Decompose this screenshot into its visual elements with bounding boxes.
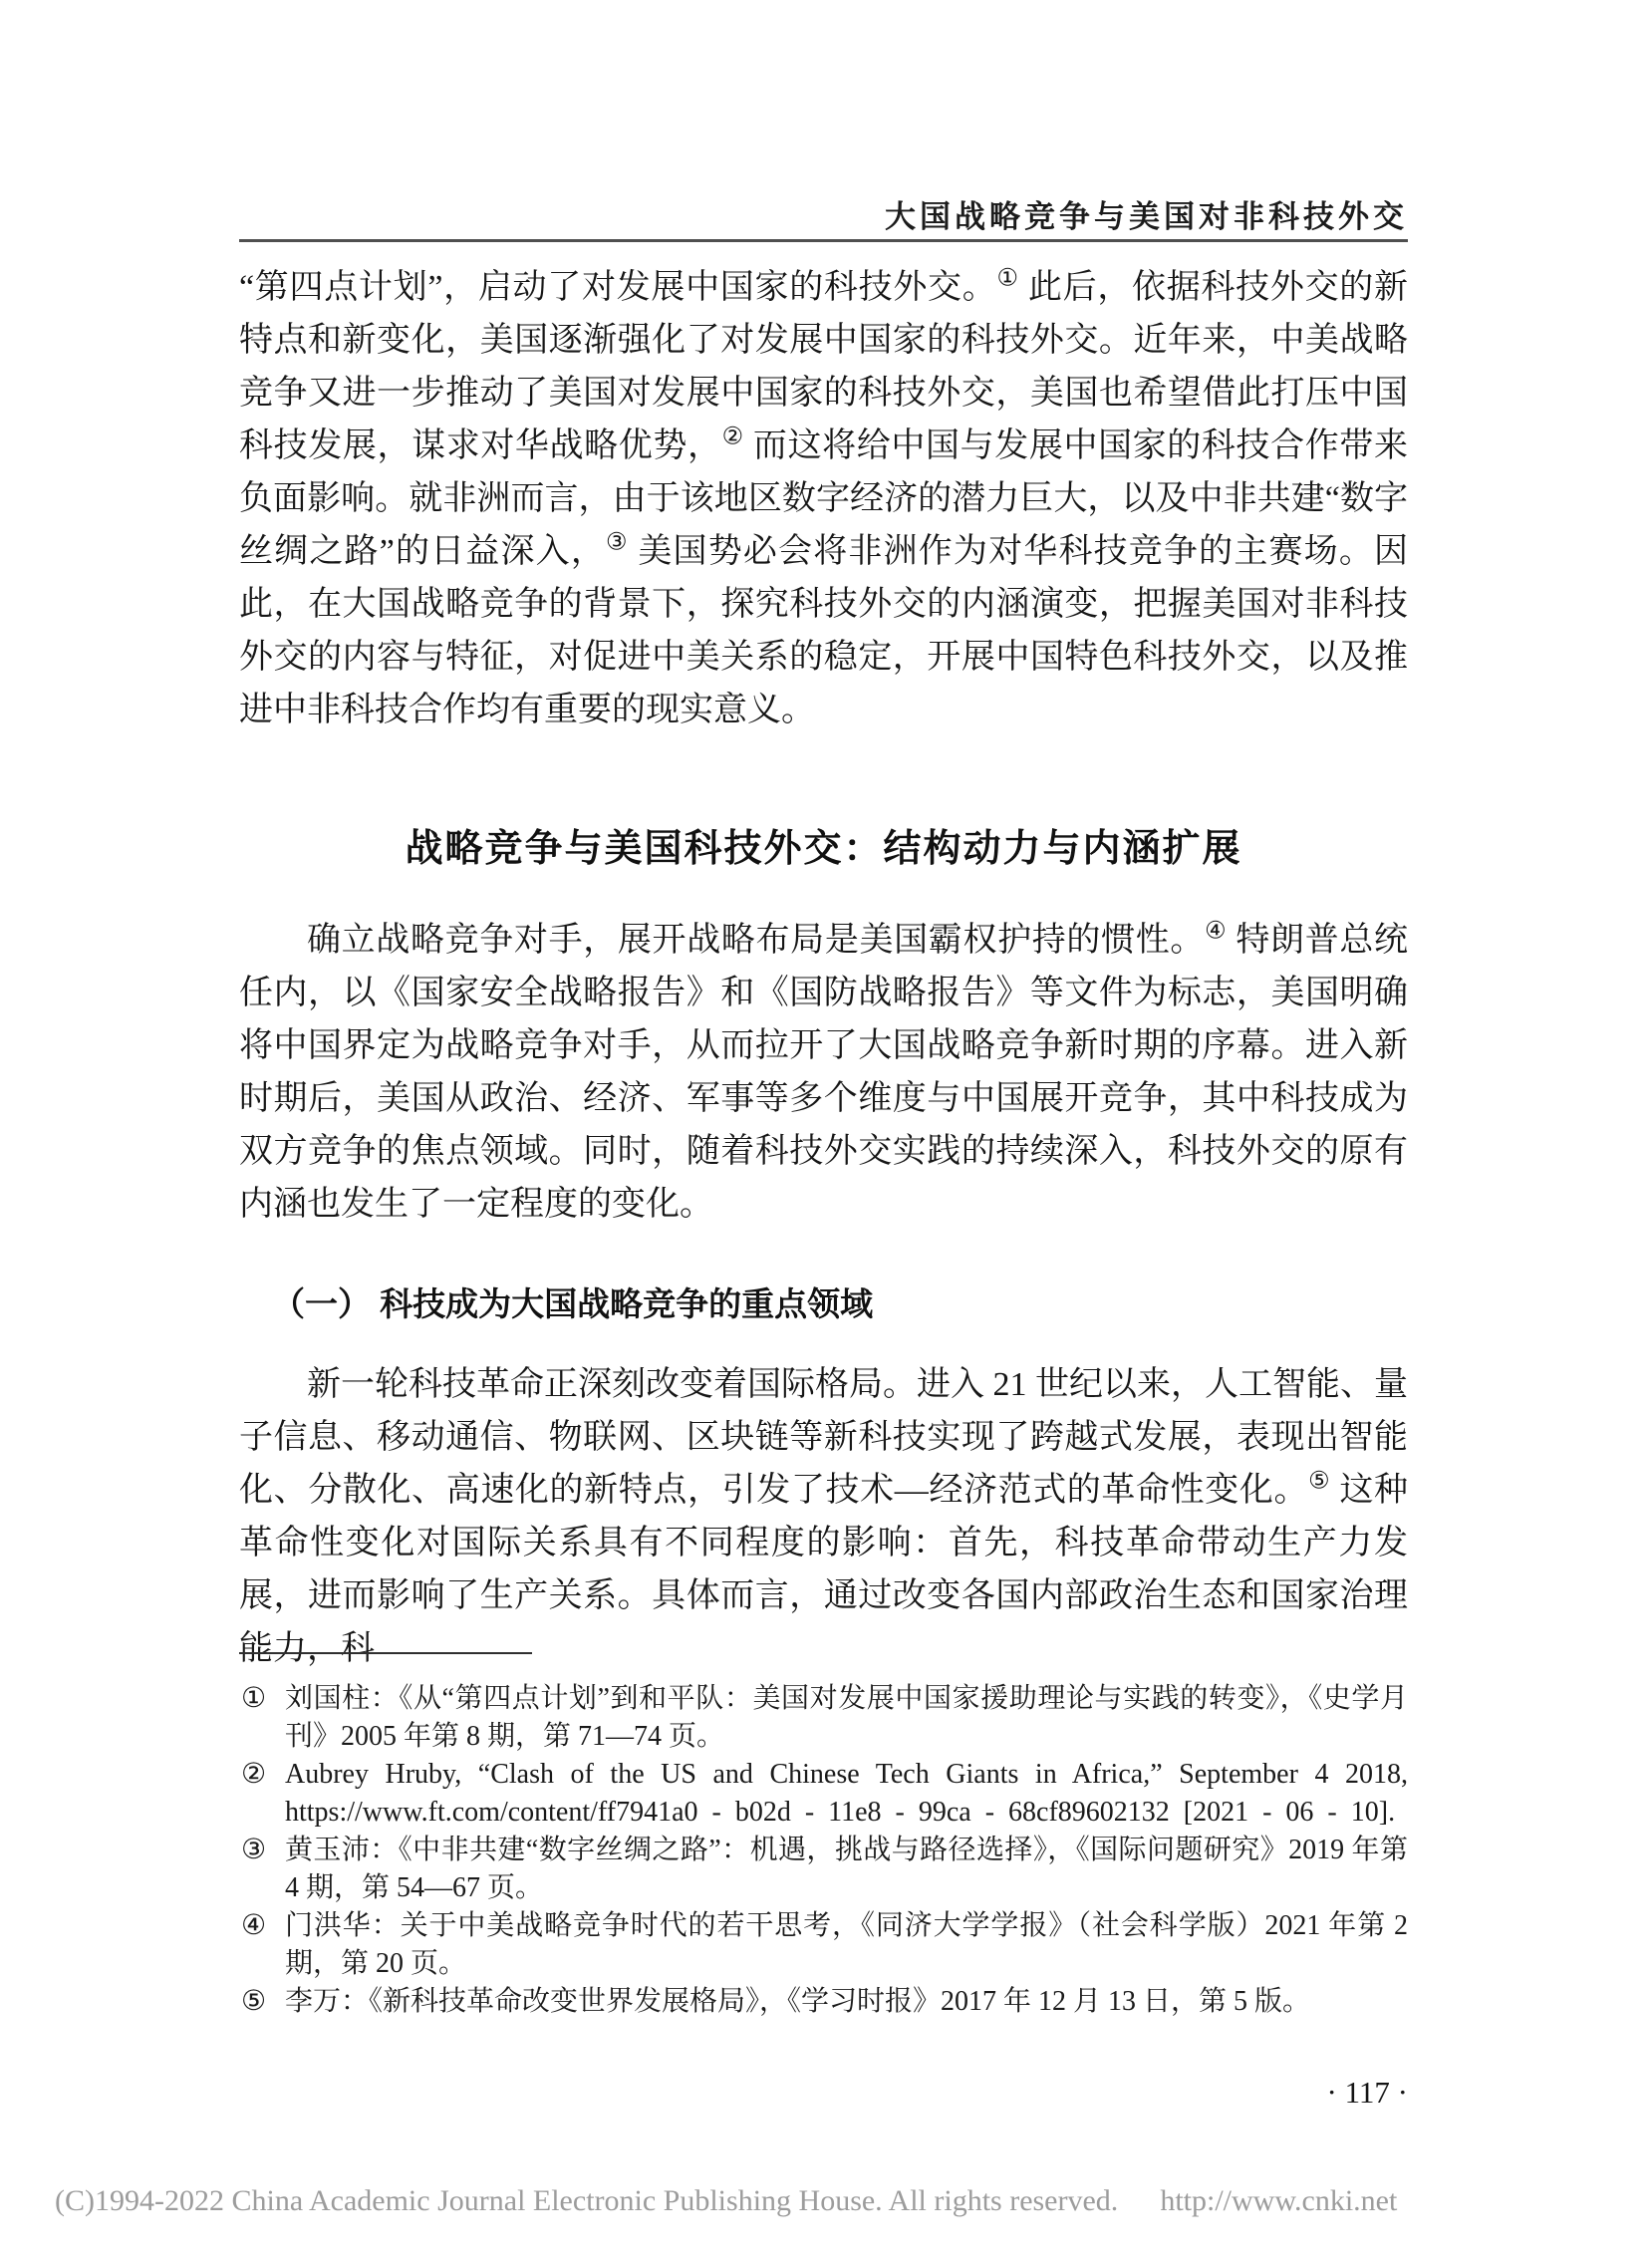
footnotes: ①刘国柱：《从“第四点计划”到和平队：美国对发展中国家援助理论与实践的转变》，《… — [239, 1680, 1408, 2021]
footnote-item: ②Aubrey Hruby, “Clash of the US and Chin… — [239, 1756, 1408, 1832]
footnote-marker: ④ — [241, 1907, 266, 1945]
footnote-text: 李万：《新科技革命改变世界发展格局》，《学习时报》2017 年 12 月 13 … — [285, 1986, 1310, 2017]
paragraph-3: 新一轮科技革命正深刻改变着国际格局。进入 21 世纪以来，人工智能、量子信息、移… — [239, 1358, 1408, 1675]
footer-url: http://www.cnki.net — [1160, 2184, 1397, 2217]
text-segment: 新一轮科技革命正深刻改变着国际格局。进入 21 世纪以来，人工智能、量子信息、移… — [239, 1366, 1408, 1509]
footnote-ref: ② — [722, 425, 744, 450]
footnote-ref: ① — [996, 266, 1018, 292]
footnote-separator-rule — [239, 1652, 532, 1654]
footnote-ref: ③ — [606, 530, 629, 556]
section-heading: 战略竞争与美国科技外交：结构动力与内涵扩展 — [239, 817, 1408, 872]
footnote-marker: ⑤ — [241, 1983, 266, 2021]
footnote-marker: ① — [241, 1680, 266, 1718]
footnote-item: ⑤李万：《新科技革命改变世界发展格局》，《学习时报》2017 年 12 月 13… — [239, 1983, 1408, 2021]
footnote-item: ①刘国柱：《从“第四点计划”到和平队：美国对发展中国家援助理论与实践的转变》，《… — [239, 1680, 1408, 1756]
text-segment: 特朗普总统任内，以《国家安全战略报告》和《国防战略报告》等文件为标志，美国明确将… — [239, 922, 1408, 1223]
footer: (C)1994-2022 China Academic Journal Elec… — [55, 2184, 1397, 2218]
footnote-text: Aubrey Hruby, “Clash of the US and Chine… — [285, 1759, 1408, 1828]
footnote-item: ④门洪华：关于中美战略竞争时代的若干思考，《同济大学学报》（社会科学版）2021… — [239, 1907, 1408, 1983]
footnote-ref: ⑤ — [1308, 1469, 1330, 1495]
header-rule — [239, 239, 1408, 242]
footnote-text: 门洪华：关于中美战略竞争时代的若干思考，《同济大学学报》（社会科学版）2021 … — [285, 1910, 1408, 1979]
footnote-text: 黄玉沛：《中非共建“数字丝绸之路”：机遇，挑战与路径选择》，《国际问题研究》20… — [285, 1835, 1408, 1903]
footnote-marker: ③ — [241, 1832, 266, 1869]
footnote-text: 刘国柱：《从“第四点计划”到和平队：美国对发展中国家援助理论与实践的转变》，《史… — [285, 1683, 1408, 1752]
footnote-marker: ② — [241, 1756, 266, 1794]
paragraph-2: 确立战略竞争对手，展开战略布局是美国霸权护持的惯性。④ 特朗普总统任内，以《国家… — [239, 914, 1408, 1231]
footnote-item: ③黄玉沛：《中非共建“数字丝绸之路”：机遇，挑战与路径选择》，《国际问题研究》2… — [239, 1832, 1408, 1907]
footnote-ref: ④ — [1205, 919, 1227, 945]
journal-page: 大国战略竞争与美国对非科技外交 “第四点计划”，启动了对发展中国家的科技外交。①… — [0, 0, 1648, 2268]
footer-copyright: (C)1994-2022 China Academic Journal Elec… — [55, 2184, 1118, 2217]
paragraph-1: “第四点计划”，启动了对发展中国家的科技外交。① 此后，依据科技外交的新特点和新… — [239, 261, 1408, 736]
running-header-title: 大国战略竞争与美国对非科技外交 — [885, 191, 1408, 236]
text-segment: “第四点计划”，启动了对发展中国家的科技外交。 — [239, 269, 996, 306]
text-segment: 确立战略竞争对手，展开战略布局是美国霸权护持的惯性。 — [307, 922, 1205, 959]
subsection-heading: （一） 科技成为大国战略竞争的重点领域 — [239, 1278, 1408, 1325]
page-number: · 117 · — [239, 2075, 1408, 2111]
